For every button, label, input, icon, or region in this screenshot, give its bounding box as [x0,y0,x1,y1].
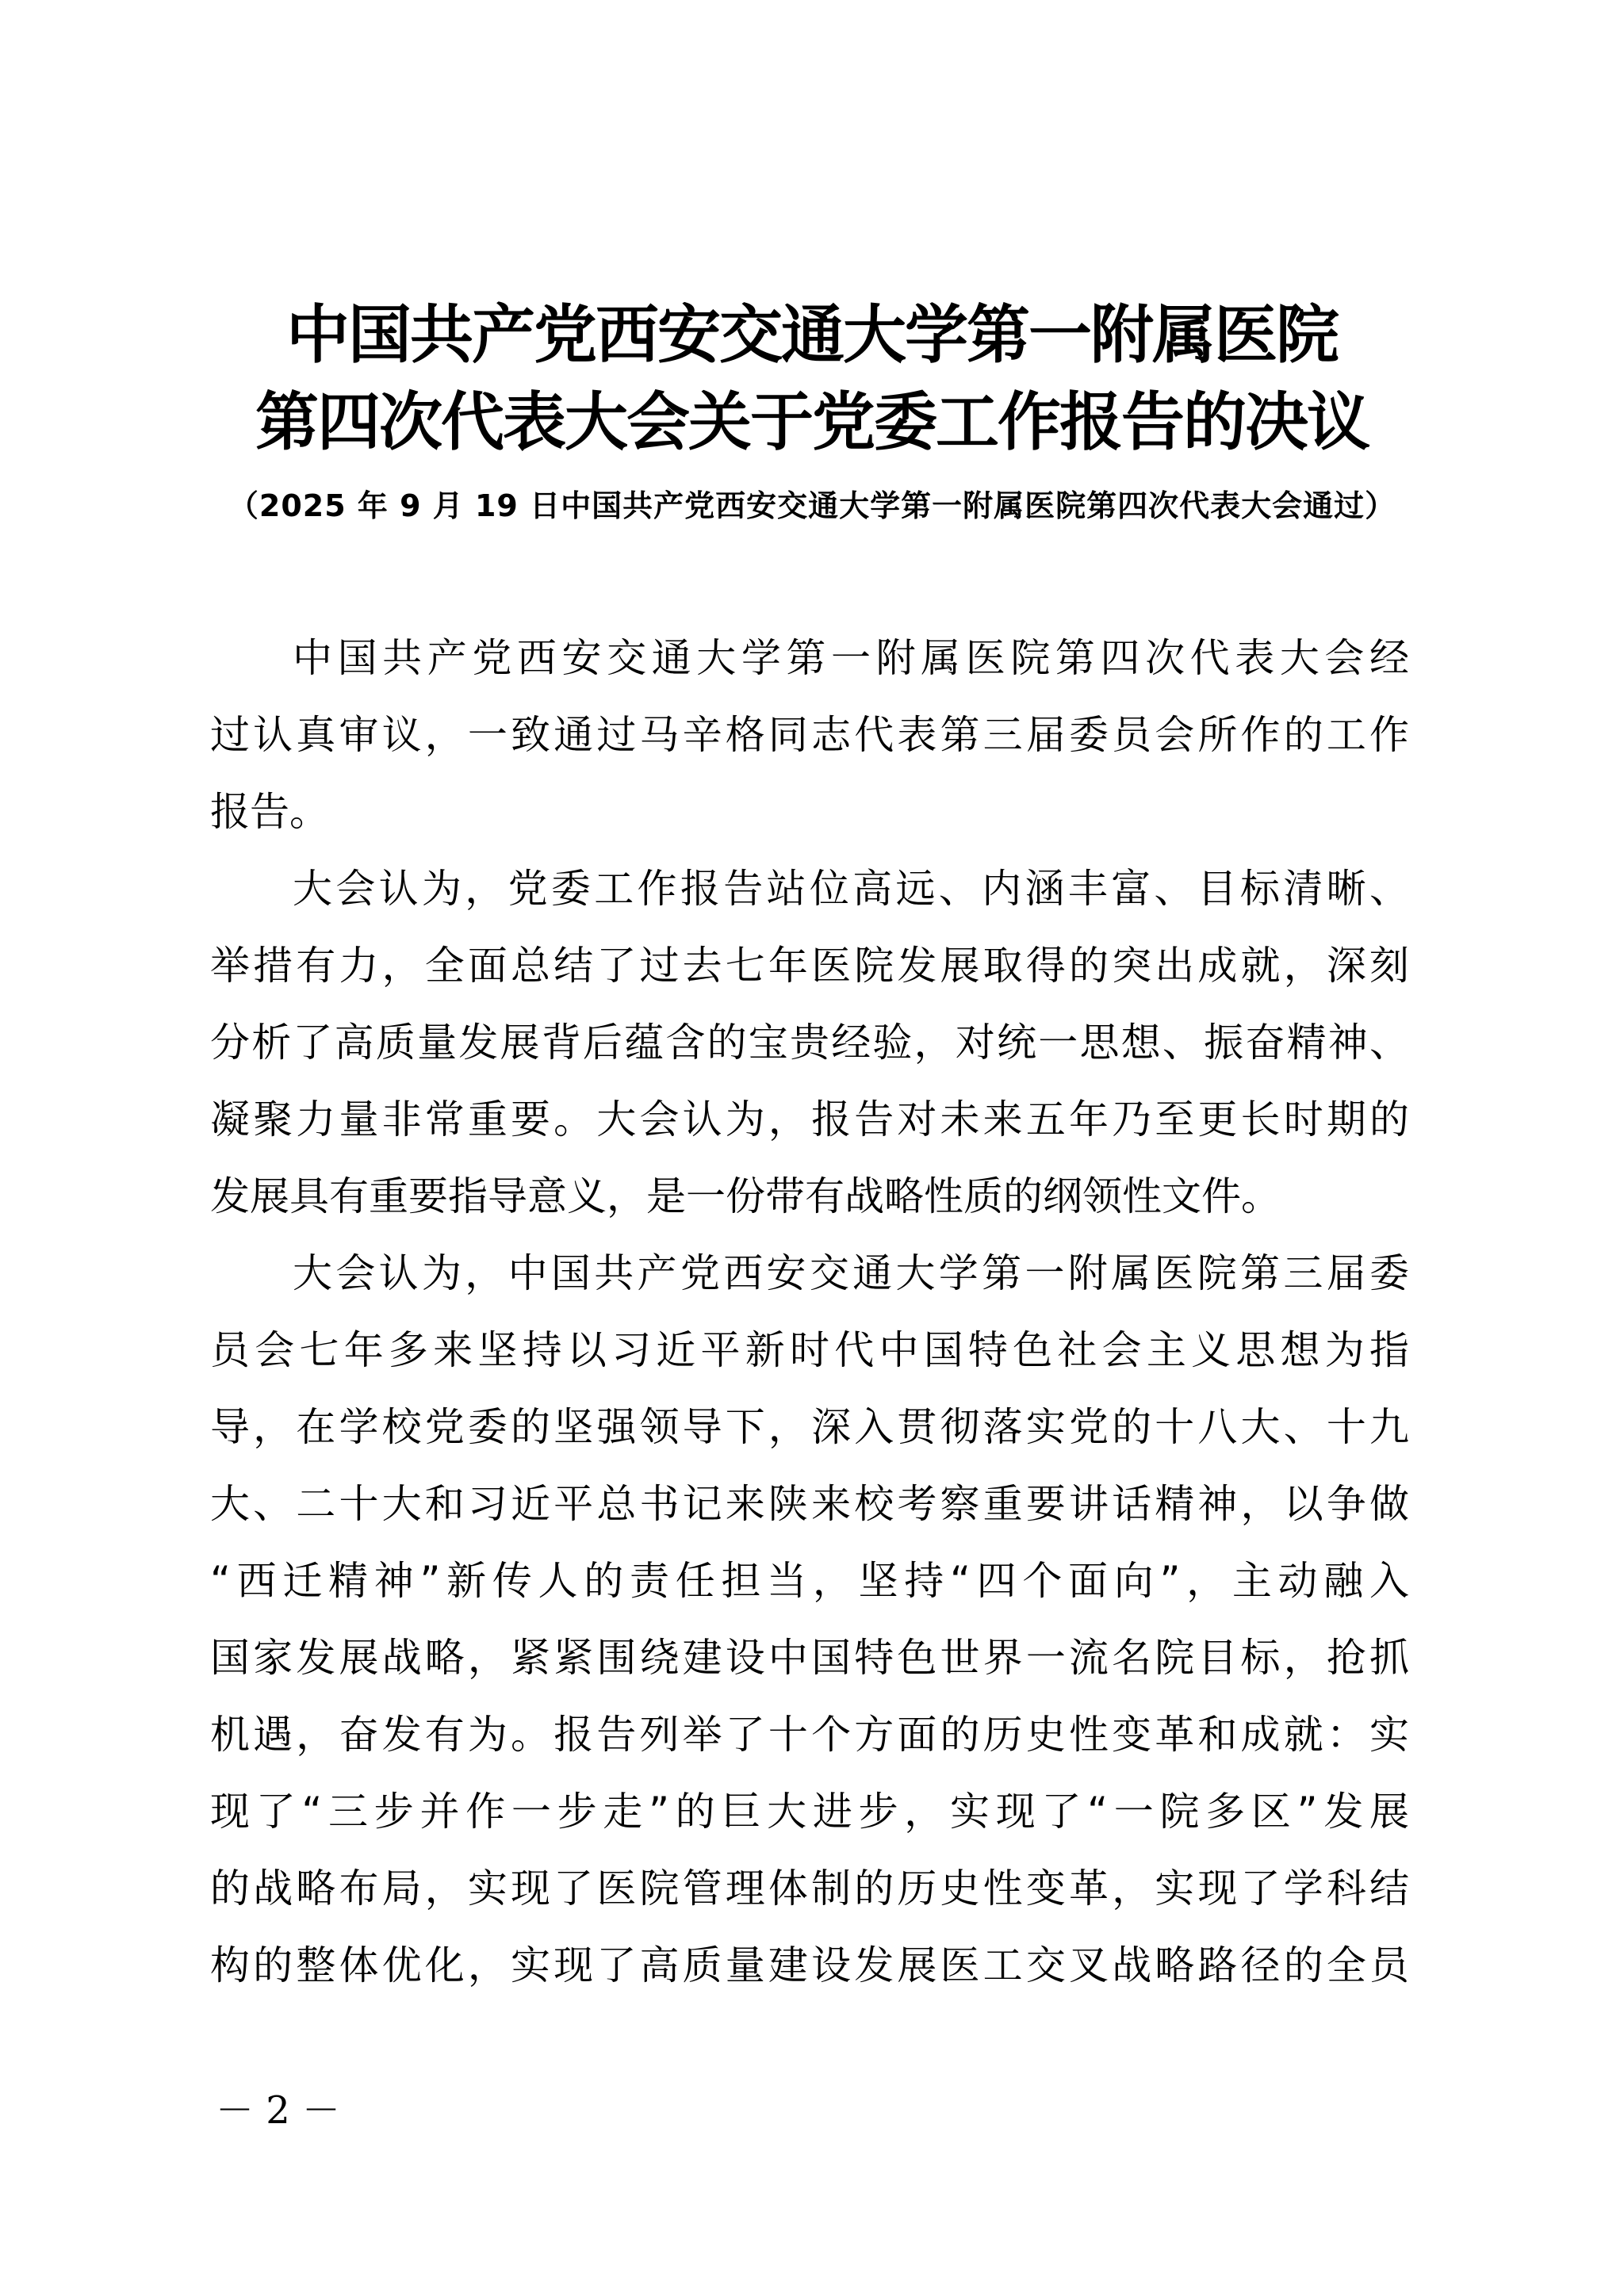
document-page: 中国共产党西安交通大学第一附属医院 第四次代表大会关于党委工作报告的决议 （20… [0,0,1624,2296]
paragraph-3-line-2: 员会七年多来坚持以习近平新时代中国特色社会主义思想为指 [210,1326,1409,1403]
paragraph-2-line-5: 发展具有重要指导意义，是一份带有战略性质的纲领性文件。 [210,1173,1409,1249]
paragraph-3-line-7: 机遇，奋发有为。报告列举了十个方面的历史性变革和成就：实 [210,1711,1409,1788]
paragraph-1-line-2: 过认真审议，一致通过马辛格同志代表第三届委员会所作的工作 [210,711,1409,788]
document-title-line-1: 中国共产党西安交通大学第一附属医院 [0,298,1624,371]
paragraph-1-line-3: 报告。 [210,788,1409,865]
paragraph-3-line-3: 导，在学校党委的坚强领导下，深入贯彻落实党的十八大、十九 [210,1403,1409,1480]
page-number: － 2 － [216,2087,340,2134]
paragraph-2-line-3: 分析了高质量发展背后蕴含的宝贵经验，对统一思想、振奋精神、 [210,1019,1409,1096]
paragraph-2-line-2: 举措有力，全面总结了过去七年医院发展取得的突出成就，深刻 [210,942,1409,1019]
paragraph-3-line-4: 大、二十大和习近平总书记来陕来校考察重要讲话精神，以争做 [210,1480,1409,1557]
paragraph-3-line-5: “西迁精神”新传人的责任担当，坚持“四个面向”，主动融入 [210,1557,1409,1634]
document-title-line-2: 第四次代表大会关于党委工作报告的决议 [0,385,1624,458]
paragraph-3-line-1: 大会认为，中国共产党西安交通大学第一附属医院第三届委 [293,1249,1409,1326]
document-subtitle: （2025 年 9 月 19 日中国共产党西安交通大学第一附属医院第四次代表大会… [0,487,1624,525]
paragraph-3-line-6: 国家发展战略，紧紧围绕建设中国特色世界一流名院目标，抢抓 [210,1634,1409,1711]
paragraph-2-line-1: 大会认为，党委工作报告站位高远、内涵丰富、目标清晰、 [293,865,1409,942]
paragraph-3-line-9: 的战略布局，实现了医院管理体制的历史性变革，实现了学科结 [210,1865,1409,1942]
paragraph-3-line-8: 现了“三步并作一步走”的巨大进步，实现了“一院多区”发展 [210,1788,1409,1865]
paragraph-2-line-4: 凝聚力量非常重要。大会认为，报告对未来五年乃至更长时期的 [210,1096,1409,1173]
paragraph-1-line-1: 中国共产党西安交通大学第一附属医院第四次代表大会经 [293,634,1409,711]
paragraph-3-line-10: 构的整体优化，实现了高质量建设发展医工交叉战略路径的全员 [210,1942,1409,2019]
